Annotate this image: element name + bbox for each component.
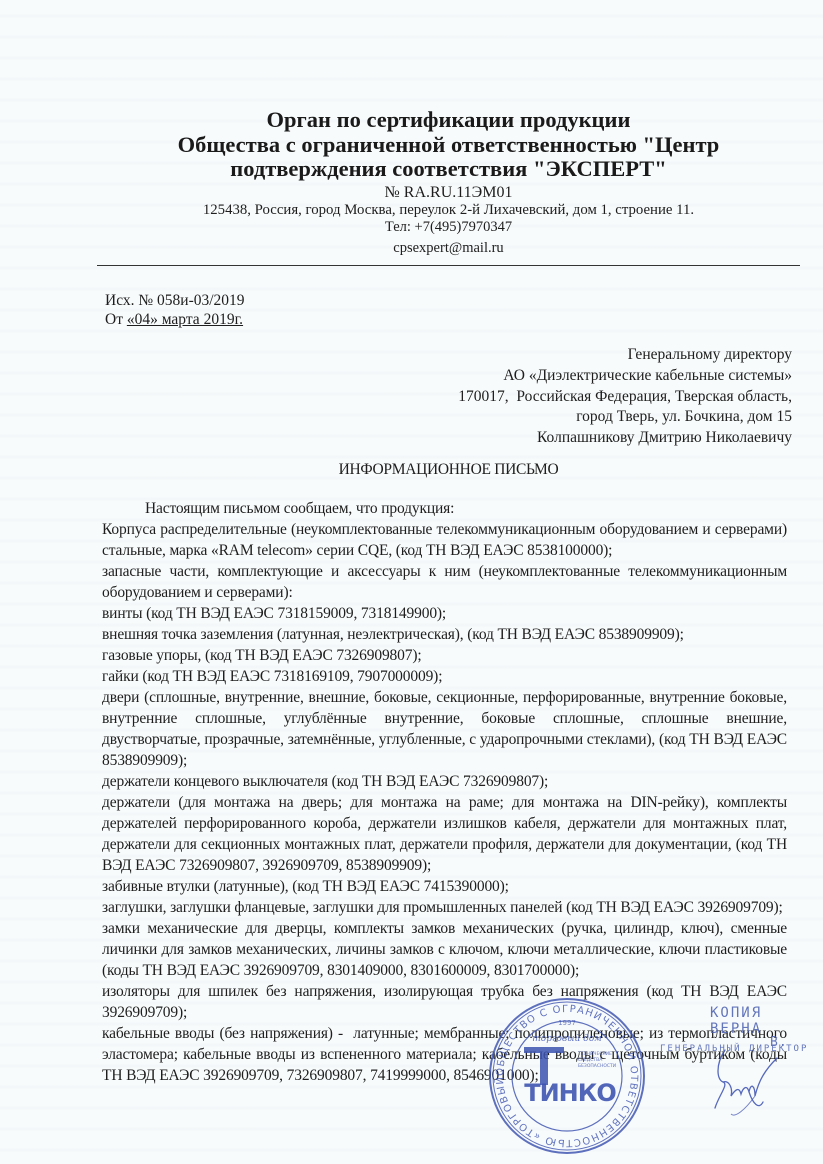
org-phone: Тел: +7(495)7970347 [97,219,800,237]
product-item: держатели концевого выключателя (код ТН … [102,771,787,792]
outgoing-reference: Исх. № 058и-03/2019 От «04» марта 2019г. [105,291,245,329]
letterhead: Орган по сертификации продукции Общества… [97,108,800,257]
letter-title: ИНФОРМАЦИОННОЕ ПИСЬМО [97,461,800,479]
addressee-line: Колпашникову Дмитрию Николаевичу [458,428,792,449]
registration-number: № RA.RU.11ЭМ01 [97,183,800,202]
product-item: запасные части, комплектующие и аксессуа… [102,561,787,603]
date-prefix: От [105,311,127,328]
product-item: забивные втулки (латунные), (код ТН ВЭД … [102,876,787,897]
outgoing-number: Исх. № 058и-03/2019 [105,291,245,310]
outgoing-date: «04» марта 2019г. [127,311,243,328]
org-title-line-1: Орган по сертификации продукции [97,108,800,133]
outgoing-date-row: От «04» марта 2019г. [105,310,245,329]
product-item: заглушки, заглушки фланцевые, заглушки д… [102,897,787,918]
addressee-line: АО «Диэлектрические кабельные системы» [458,366,792,387]
org-address: 125438, Россия, город Москва, переулок 2… [97,202,800,220]
letter-intro: Настоящим письмом сообщаем, что продукци… [102,498,787,519]
addressee-line: 170017, Российская Федерация, Тверская о… [458,387,792,408]
product-item: держатели (для монтажа на дверь; для мон… [102,792,787,876]
product-item: газовые упоры, (код ТН ВЭД ЕАЭС 73269098… [102,645,787,666]
letter-page: Орган по сертификации продукции Общества… [0,0,823,1164]
org-title-line-2: Общества с ограниченной ответственностью… [97,133,800,158]
product-item: двери (сплошные, внутренние, внешние, бо… [102,687,787,771]
addressee-line: Генеральному директору [458,345,792,366]
org-email: cpsexpert@mail.ru [97,240,800,258]
addressee-line: город Тверь, ул. Бочкина, дом 15 [458,407,792,428]
product-item: изоляторы для шпилек без напряжения, изо… [102,981,787,1023]
org-title-line-3: подтверждения соответствия "ЭКСПЕРТ" [97,157,800,182]
header-divider [97,265,800,266]
product-item: гайки (код ТН ВЭД ЕАЭС 7318169109, 79070… [102,666,787,687]
product-item: замки механические для дверцы, комплекты… [102,918,787,981]
product-item: Корпуса распределительные (неукомплектов… [102,519,787,561]
product-item: внешняя точка заземления (латунная, неэл… [102,624,787,645]
letter-body: Настоящим письмом сообщаем, что продукци… [102,498,787,1086]
addressee-block: Генеральному директору АО «Диэлектрическ… [458,345,792,449]
product-item: кабельные вводы (без напряжения) - латун… [102,1023,787,1086]
product-item: винты (код ТН ВЭД ЕАЭС 7318159009, 73181… [102,603,787,624]
